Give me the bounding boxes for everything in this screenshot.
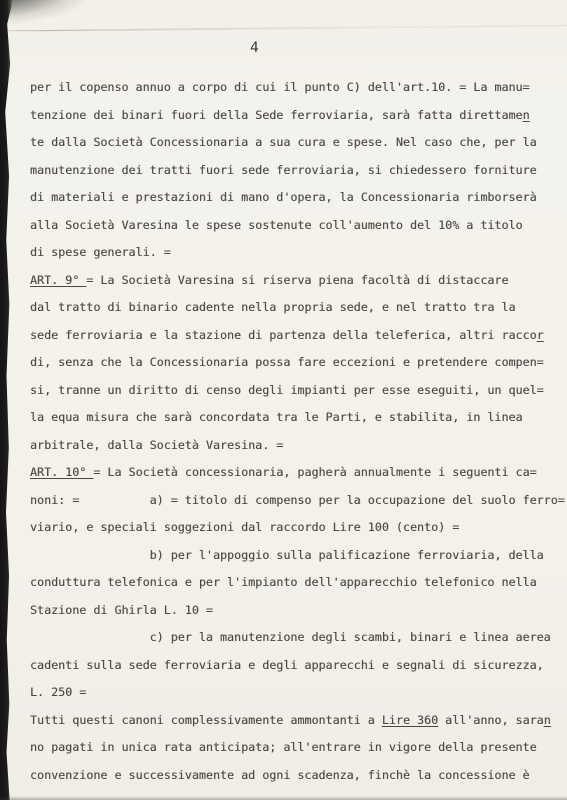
page-number: 4 bbox=[250, 40, 259, 56]
text-segment: manutenzione dei tratti fuori sede ferro… bbox=[30, 163, 537, 177]
scan-edge-left bbox=[0, 0, 13, 800]
text-line: te dalla Società Concessionaria a sua cu… bbox=[30, 129, 553, 157]
text-line: arbitrale, dalla Società Varesina. = bbox=[30, 432, 553, 460]
underlined-text-segment: r bbox=[537, 328, 544, 342]
text-segment: dal tratto di binario cadente nella prop… bbox=[30, 300, 516, 314]
text-line: si, tranne un diritto di censo degli imp… bbox=[30, 377, 553, 405]
text-segment: arbitrale, dalla Società Varesina. = bbox=[30, 438, 283, 452]
text-segment: sede ferroviaria e la stazione di parten… bbox=[30, 328, 537, 342]
text-line: b) per l'appoggio sulla palificazione fe… bbox=[30, 542, 553, 570]
text-segment: di materiali e prestazioni di mano d'ope… bbox=[30, 190, 537, 204]
text-segment: cadenti sulla sede ferroviaria e degli a… bbox=[30, 658, 544, 672]
text-segment: alla Società Varesina le spese sostenute… bbox=[30, 218, 523, 232]
text-segment: c) per la manutenzione degli scambi, bin… bbox=[30, 630, 551, 644]
text-segment: noni: = a) = titolo di compenso per la o… bbox=[30, 493, 565, 507]
text-segment: all'anno, sara bbox=[438, 713, 544, 727]
text-segment: conduttura telefonica e per l'impianto d… bbox=[30, 575, 537, 589]
text-line: alla Società Varesina le spese sostenute… bbox=[30, 212, 553, 240]
underlined-text-segment: n bbox=[544, 713, 551, 727]
text-line: di, senza che la Concessionaria possa fa… bbox=[30, 349, 553, 377]
underlined-text-segment: Lire 360 bbox=[382, 713, 438, 727]
text-line: c) per la manutenzione degli scambi, bin… bbox=[30, 624, 553, 652]
text-segment: te dalla Società Concessionaria a sua cu… bbox=[30, 135, 537, 149]
text-segment: si, tranne un diritto di censo degli imp… bbox=[30, 383, 544, 397]
text-line: noni: = a) = titolo di compenso per la o… bbox=[30, 487, 553, 515]
underlined-text-segment: n bbox=[523, 108, 530, 122]
text-segment: convenzione e successivamente ad ogni sc… bbox=[30, 768, 530, 782]
underlined-text-segment: ART. 10° bbox=[30, 465, 93, 479]
text-segment: no pagati in unica rata anticipata; all'… bbox=[30, 740, 537, 754]
document-page: 4 per il copenso annuo a corpo di cui il… bbox=[0, 0, 567, 800]
text-line: L. 250 = bbox=[30, 679, 553, 707]
text-line: Stazione di Ghirla L. 10 = bbox=[30, 597, 553, 625]
document-text: per il copenso annuo a corpo di cui il p… bbox=[30, 74, 553, 789]
text-segment: viario, e speciali soggezioni dal raccor… bbox=[30, 520, 459, 534]
text-line: di materiali e prestazioni di mano d'ope… bbox=[30, 184, 553, 212]
text-line: ART. 10° = La Società concessionaria, pa… bbox=[30, 459, 553, 487]
text-line: sede ferroviaria e la stazione di parten… bbox=[30, 322, 553, 350]
text-line: conduttura telefonica e per l'impianto d… bbox=[30, 569, 553, 597]
text-line: di spese generali. = bbox=[30, 239, 553, 267]
text-line: convenzione e successivamente ad ogni sc… bbox=[30, 762, 553, 790]
text-segment: di spese generali. = bbox=[30, 245, 171, 259]
text-segment: = La Società Varesina si riserva piena f… bbox=[86, 273, 508, 287]
text-segment: Stazione di Ghirla L. 10 = bbox=[30, 603, 213, 617]
text-line: la equa misura che sarà concordata tra l… bbox=[30, 404, 553, 432]
text-line: Tutti questi canoni complessivamente amm… bbox=[30, 707, 553, 735]
text-line: dal tratto di binario cadente nella prop… bbox=[30, 294, 553, 322]
text-segment: tenzione dei binari fuori della Sede fer… bbox=[30, 108, 523, 122]
text-segment: Tutti questi canoni complessivamente amm… bbox=[30, 713, 382, 727]
text-line: cadenti sulla sede ferroviaria e degli a… bbox=[30, 652, 553, 680]
text-segment: di, senza che la Concessionaria possa fa… bbox=[30, 355, 544, 369]
scan-edge-bottom bbox=[0, 796, 567, 800]
text-line: tenzione dei binari fuori della Sede fer… bbox=[30, 102, 553, 130]
text-line: per il copenso annuo a corpo di cui il p… bbox=[30, 74, 553, 102]
text-segment: la equa misura che sarà concordata tra l… bbox=[30, 410, 523, 424]
text-segment: L. 250 = bbox=[30, 685, 86, 699]
text-line: viario, e speciali soggezioni dal raccor… bbox=[30, 514, 553, 542]
text-segment: b) per l'appoggio sulla palificazione fe… bbox=[30, 548, 544, 562]
text-line: manutenzione dei tratti fuori sede ferro… bbox=[30, 157, 553, 185]
text-segment: = La Società concessionaria, pagherà ann… bbox=[93, 465, 536, 479]
text-line: no pagati in unica rata anticipata; all'… bbox=[30, 734, 553, 762]
text-line: ART. 9° = La Società Varesina si riserva… bbox=[30, 267, 553, 295]
text-segment: per il copenso annuo a corpo di cui il p… bbox=[30, 80, 530, 94]
underlined-text-segment: ART. 9° bbox=[30, 273, 86, 287]
